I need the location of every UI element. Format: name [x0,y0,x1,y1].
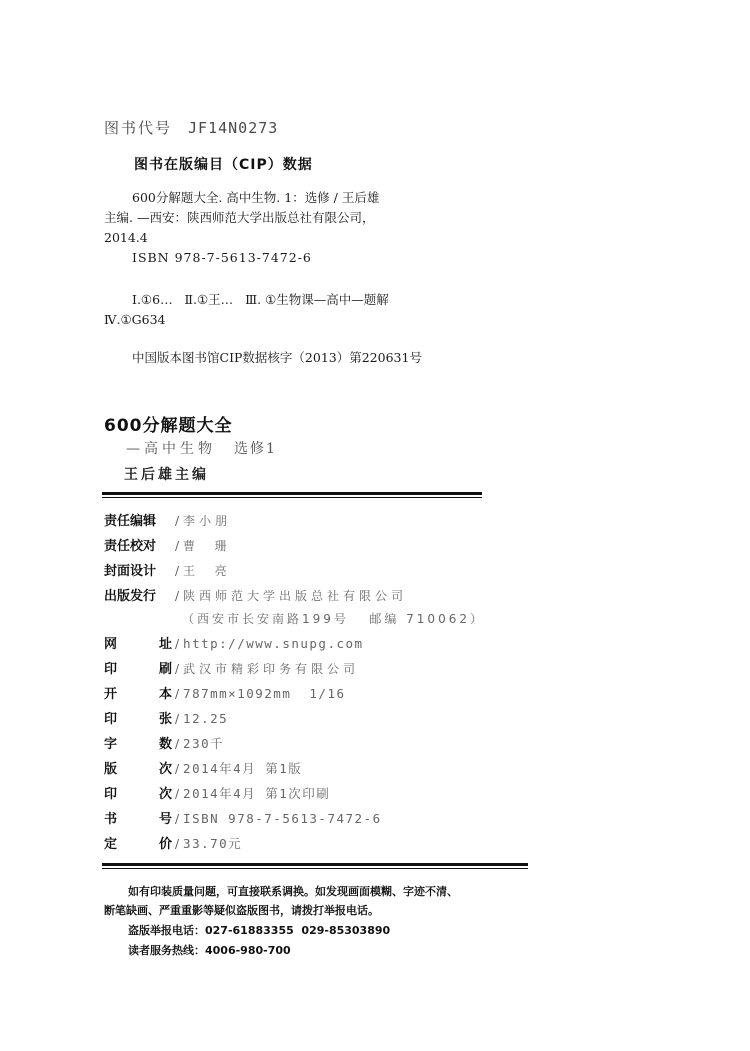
info-value: ISBN 978-7-5613-7472-6 [183,809,382,829]
info-value: 陕西师范大学出版总社有限公司 [183,586,407,606]
piracy-hotline: 盗版举报电话：027-61883355 029-85303890 [128,922,390,940]
info-label: 出版发行 [104,587,172,607]
info-label-part: 址 [159,635,172,655]
info-value: 曹 珊 [183,536,231,556]
info-label-part: 数 [159,735,172,755]
info-value: 王 亮 [183,561,231,581]
notice-line-1: 如有印装质量问题，可直接联系调换。如发现画面模糊、字迹不清、 [128,883,458,901]
info-label-part: 次 [159,760,172,780]
info-value: 李小朋 [183,511,231,531]
info-label: 字数 [104,735,172,755]
info-separator: / [175,709,179,729]
book-code-label: 图书代号 [104,119,172,137]
info-label-part: 次 [159,785,172,805]
info-label-part: 定 [104,835,117,855]
cip-classification-2: Ⅳ.①G634 [104,310,166,329]
info-label: 责任校对 [104,537,172,557]
info-label: 网址 [104,635,172,655]
info-label-part: 书 [104,810,117,830]
publisher-address: （西安市长安南路199号 邮编 710062） [182,610,485,627]
info-separator: / [175,659,179,679]
info-row: 开本/787mm×1092mm 1/16 [104,684,346,704]
info-separator: / [175,784,179,804]
info-separator: / [175,734,179,754]
book-editor: 王后雄主编 [124,464,209,484]
info-separator: / [175,684,179,704]
cip-line-2: 主编. —西安：陕西师范大学出版总社有限公司， [104,208,374,227]
info-row: 版次/2014年4月 第1版 [104,759,302,779]
subtitle-text: —高中生物 [126,441,216,457]
info-label: 定价 [104,835,172,855]
info-label-part: 责任编辑 [104,512,156,532]
info-label-part: 版 [104,760,117,780]
info-label-part: 封面设计 [104,562,156,582]
info-value: 武汉市精彩印务有限公司 [183,659,359,679]
cip-classification-1: Ⅰ.①6… Ⅱ.①王… Ⅲ. ①生物课—高中—题解 [132,290,389,309]
info-separator: / [175,809,179,829]
info-row: 书号/ISBN 978-7-5613-7472-6 [104,809,382,829]
info-label: 版次 [104,760,172,780]
cip-check-number: 中国版本图书馆CIP数据核字（2013）第220631号 [132,348,422,367]
info-label-part: 字 [104,735,117,755]
info-value: 33.70元 [183,834,242,854]
info-label-part: 本 [159,685,172,705]
info-label: 书号 [104,810,172,830]
info-label-part: 印 [104,660,117,680]
info-separator: / [175,586,179,606]
info-row: 字数/230千 [104,734,224,754]
info-row: 印张/12.25 [104,709,228,729]
info-label: 印刷 [104,660,172,680]
info-row: 印刷/武汉市精彩印务有限公司 [104,659,359,679]
info-label-part: 印 [104,710,117,730]
info-label-part: 网 [104,635,117,655]
info-row: 责任编辑/李小朋 [104,511,231,531]
cip-isbn: ISBN 978-7-5613-7472-6 [132,248,312,267]
info-label-part: 出版发行 [104,587,156,607]
info-row: 出版发行/陕西师范大学出版总社有限公司 [104,586,407,606]
info-label-part: 张 [159,710,172,730]
info-row: 责任校对/曹 珊 [104,536,231,556]
cip-line-3: 2014.4 [104,228,148,247]
info-value: 230千 [183,734,224,754]
info-value: 2014年4月 第1版 [183,759,302,779]
cip-line-1: 600分解题大全. 高中生物. 1：选修 / 王后雄 [132,188,379,207]
info-separator: / [175,634,179,654]
info-label: 开本 [104,685,172,705]
book-code-value: JF14N0273 [188,119,278,137]
info-separator: / [175,511,179,531]
subtitle-volume: 选修1 [234,441,277,457]
info-value: 787mm×1092mm 1/16 [183,684,345,704]
info-value: 2014年4月 第1次印刷 [183,784,330,804]
cip-heading: 图书在版编目（CIP）数据 [134,154,313,174]
info-label: 印张 [104,710,172,730]
info-separator: / [175,759,179,779]
info-separator: / [175,834,179,854]
book-title: 600分解题大全 [104,411,233,436]
service-hotline: 读者服务热线：4006-980-700 [128,942,291,960]
info-label: 责任编辑 [104,512,172,532]
divider-top [102,492,482,498]
info-label-part: 责任校对 [104,537,156,557]
notice-line-2: 断笔缺画、严重重影等疑似盗版图书，请拨打举报电话。 [104,902,379,920]
info-label-part: 印 [104,785,117,805]
info-separator: / [175,561,179,581]
info-label: 封面设计 [104,562,172,582]
info-label-part: 开 [104,685,117,705]
info-row: 定价/33.70元 [104,834,242,854]
website-link[interactable]: http://www.snupg.com [183,634,364,654]
info-label: 印次 [104,785,172,805]
info-row: 网址/http://www.snupg.com [104,634,364,654]
info-label-part: 价 [159,835,172,855]
info-label-part: 刷 [159,660,172,680]
info-value: 12.25 [183,709,228,729]
info-label-part: 号 [159,810,172,830]
info-separator: / [175,536,179,556]
book-subtitle: —高中生物选修1 [126,438,277,458]
info-row: 封面设计/王 亮 [104,561,231,581]
info-row: 印次/2014年4月 第1次印刷 [104,784,330,804]
book-code: 图书代号JF14N0273 [104,117,278,138]
divider-bottom [102,863,528,869]
